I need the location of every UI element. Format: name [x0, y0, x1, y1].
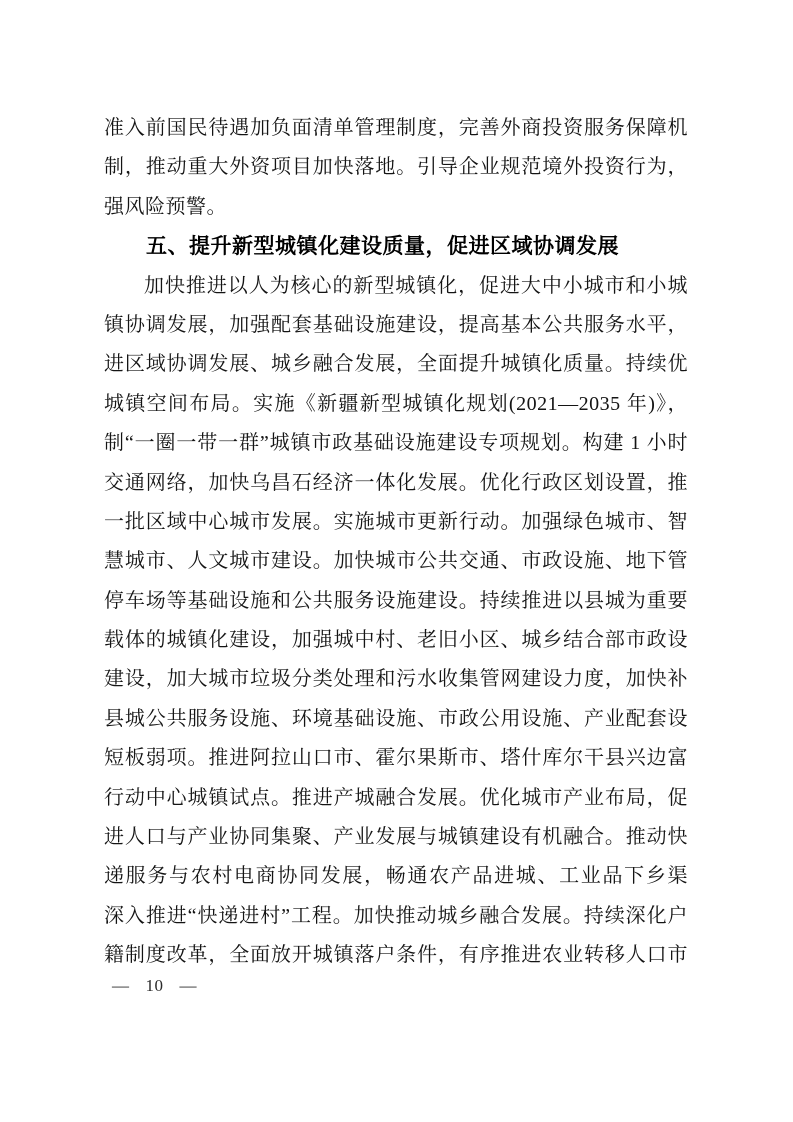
text-line: 县城公共服务设施、环境基础设施、市政公用设施、产业配套设施 — [104, 700, 688, 739]
text-line: 进人口与产业协同集聚、产业发展与城镇建设有机融合。推动快 — [104, 818, 688, 857]
text-line: 行动中心城镇试点。推进产城融合发展。优化城市产业布局，促 — [104, 779, 688, 818]
text-line: 城镇空间布局。实施《新疆新型城镇化规划(2021—2035 年)》，编 — [104, 385, 688, 424]
footer-dash-right: — — [180, 976, 198, 996]
text-line: 镇协调发展，加强配套基础设施建设，提高基本公共服务水平，促 — [104, 306, 688, 345]
text-line: 短板弱项。推进阿拉山口市、霍尔果斯市、塔什库尔干县兴边富民 — [104, 739, 688, 778]
text-line: 准入前国民待遇加负面清单管理制度，完善外商投资服务保障机 — [104, 109, 688, 148]
text-line: 停车场等基础设施和公共服务设施建设。持续推进以县城为重要 — [104, 582, 688, 621]
text-line: 载体的城镇化建设，加强城中村、老旧小区、城乡结合部市政设施 — [104, 621, 688, 660]
footer-page-number: 10 — [146, 976, 164, 996]
text-line: 籍制度改革，全面放开城镇落户条件，有序推进农业转移人口市民 — [104, 936, 688, 975]
paragraph-urbanization: 加快推进以人为核心的新型城镇化，促进大中小城市和小城镇协调发展，加强配套基础设施… — [104, 267, 688, 976]
text-line: 制“一圈一带一群”城镇市政基础设施建设专项规划。构建 1 小时 — [104, 424, 688, 463]
paragraph-foreign-investment: 准入前国民待遇加负面清单管理制度，完善外商投资服务保障机制，推动重大外资项目加快… — [104, 109, 688, 227]
text-column: 准入前国民待遇加负面清单管理制度，完善外商投资服务保障机制，推动重大外资项目加快… — [104, 109, 688, 976]
section-heading: 五、提升新型城镇化建设质量，促进区域协调发展 — [104, 227, 688, 266]
page-footer: — 10 — — [112, 976, 197, 996]
text-line: 进区域协调发展、城乡融合发展，全面提升城镇化质量。持续优化 — [104, 345, 688, 384]
text-line: 交通网络，加快乌昌石经济一体化发展。优化行政区划设置，推进 — [104, 464, 688, 503]
text-line: 慧城市、人文城市建设。加快城市公共交通、市政设施、地下管网、 — [104, 542, 688, 581]
text-line: 深入推进“快递进村”工程。加快推动城乡融合发展。持续深化户 — [104, 897, 688, 936]
text-line: 制，推动重大外资项目加快落地。引导企业规范境外投资行为，加 — [104, 148, 688, 187]
text-line: 强风险预警。 — [104, 188, 688, 227]
document-page: 准入前国民待遇加负面清单管理制度，完善外商投资服务保障机制，推动重大外资项目加快… — [0, 0, 793, 1122]
text-line: 建设，加大城市垃圾分类处理和污水收集管网建设力度，加快补齐 — [104, 660, 688, 699]
text-line: 一批区域中心城市发展。实施城市更新行动。加强绿色城市、智 — [104, 503, 688, 542]
footer-dash-left: — — [112, 976, 130, 996]
text-line: 递服务与农村电商协同发展，畅通农产品进城、工业品下乡渠道， — [104, 857, 688, 896]
text-line: 加快推进以人为核心的新型城镇化，促进大中小城市和小城 — [104, 267, 688, 306]
